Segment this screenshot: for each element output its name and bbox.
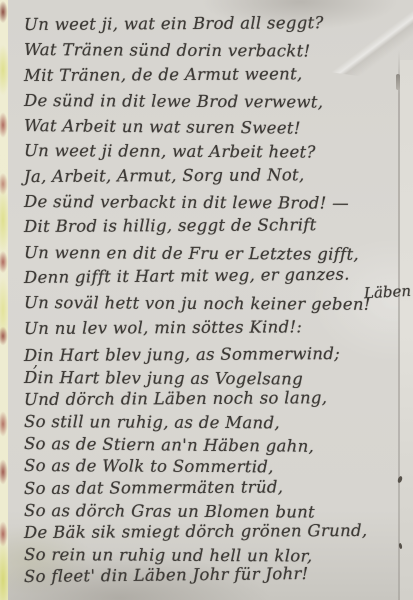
poem-line: Und dörch din Läben noch so lang, xyxy=(24,387,403,411)
book-fore-edge-strip xyxy=(0,0,8,600)
poem-line: Mit Tränen, de de Armut weent, xyxy=(24,60,403,88)
poem-line: So fleet' din Läben Johr für Johr! xyxy=(24,562,403,588)
poem-line: Un nu lev wol, min söttes Kind!: xyxy=(24,313,403,341)
poem-line: So as dat Sommermäten trüd, xyxy=(24,475,403,499)
poem-line: So still un ruhig, as de Mand, xyxy=(24,411,403,435)
poem-line: Un weet ji, wat ein Brod all seggt? xyxy=(24,10,403,38)
poem-stanza-2: Din Hart blev jung, as Sommerwind; Din H… xyxy=(24,345,403,588)
poem-line: De Bäk sik smiegt dörch grönen Grund, xyxy=(24,519,403,543)
poem-line: Ja, Arbeit, Armut, Sorg und Not, xyxy=(24,161,403,189)
manuscript-page: Un weet ji, wat ein Brod all seggt? Wat … xyxy=(0,0,413,600)
poem-line: De sünd in dit lewe Brod verwewt, xyxy=(24,88,403,115)
poem-line: Denn gifft it Hart mit weg, er ganzes. xyxy=(24,261,403,290)
poem-line: Dit Brod is hillig, seggt de Schrift xyxy=(24,212,403,240)
poem-stanza-1: Un weet ji, wat ein Brod all seggt? Wat … xyxy=(24,12,403,341)
inserted-word: Läben xyxy=(364,282,412,302)
poem-line: Din Hart blev jung, as Sommerwind; xyxy=(24,343,403,367)
